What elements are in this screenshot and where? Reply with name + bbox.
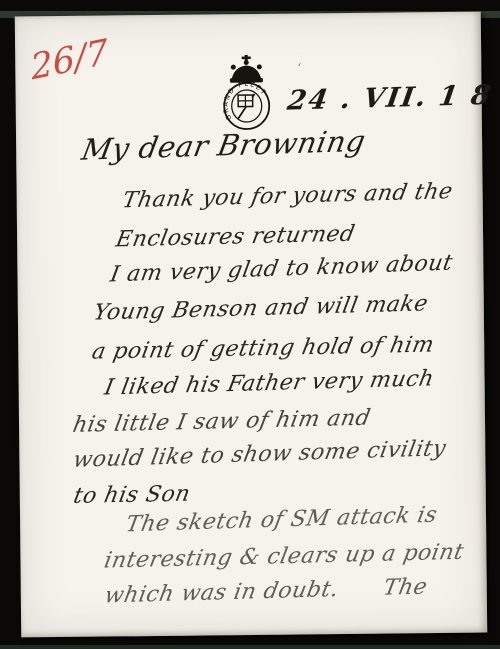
- background-mat-strip-bottom: [0, 645, 500, 649]
- letter-line: which was in doubt. The: [103, 575, 430, 609]
- letter-line: I am very glad to know about: [108, 251, 454, 288]
- letter-line: Enclosures returned: [114, 222, 357, 253]
- letter-line: would like to show some civility: [71, 436, 448, 473]
- letter-line: his little I saw of him and: [71, 406, 373, 438]
- letter-line: a point of getting hold of him: [90, 332, 436, 364]
- letter-paper: 26/7 GRAND FLEET: [15, 12, 487, 638]
- letter-line: Young Benson and will make: [92, 291, 431, 325]
- grand-fleet-crest-icon: GRAND FLEET: [222, 54, 271, 132]
- letter-date: 24 . VII. 1 8: [285, 80, 494, 117]
- letter-photograph: 26/7 GRAND FLEET: [0, 0, 500, 649]
- stray-pen-mark: ‘: [297, 61, 301, 76]
- letter-line: The sketch of SM attack is: [124, 503, 439, 538]
- letter-line: Thank you for yours and the: [120, 179, 454, 213]
- letter-line: I liked his Father very much: [102, 366, 436, 400]
- crown-icon: [230, 55, 263, 83]
- archival-date-note: 26/7: [29, 33, 110, 89]
- flag-icon: [238, 94, 255, 119]
- letter-line: to his Son: [71, 482, 192, 509]
- letter-line: interesting & clears up a point: [102, 540, 466, 574]
- letter-salutation: My dear Browning: [79, 124, 368, 167]
